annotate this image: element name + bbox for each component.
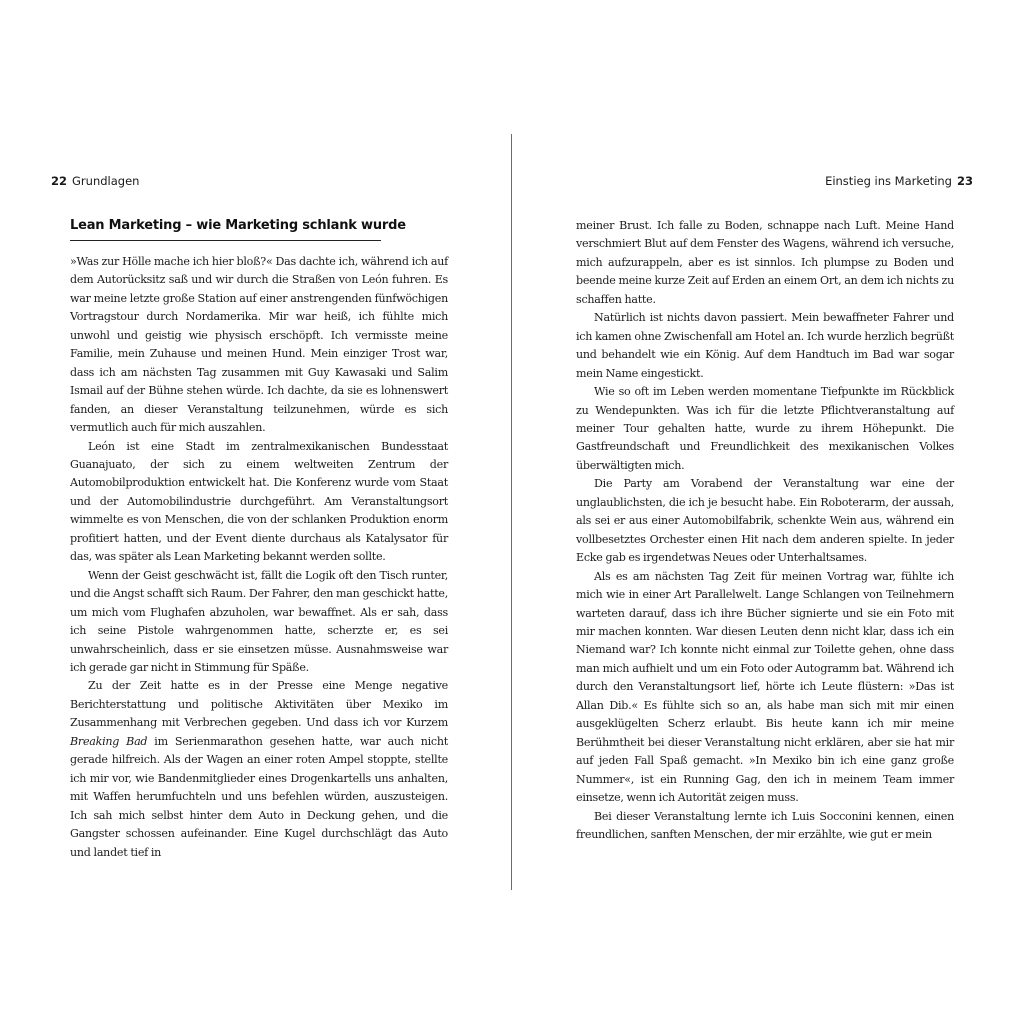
heading-underline-rule [70, 240, 381, 241]
paragraph: Als es am nächsten Tag Zeit für meinen V… [576, 568, 954, 808]
paragraph-text: Zu der Zeit hatte es in der Presse eine … [70, 679, 448, 729]
right-page-number: 23 [957, 174, 973, 188]
paragraph-text: im Serienmarathon gesehen hatte, war auc… [70, 735, 448, 859]
left-running-head-title: Grundlagen [72, 174, 139, 188]
paragraph: Natürlich ist nichts davon passiert. Mei… [576, 309, 954, 383]
paragraph: »Was zur Hölle mache ich hier bloß?« Das… [70, 253, 448, 438]
left-page-number: 22 [51, 174, 67, 188]
page-gutter-divider [511, 134, 512, 890]
paragraph: León ist eine Stadt im zentralmexikanisc… [70, 438, 448, 567]
paragraph: Bei dieser Veranstaltung lernte ich Luis… [576, 808, 954, 845]
paragraph: Zu der Zeit hatte es in der Presse eine … [70, 677, 448, 862]
left-running-head: 22Grundlagen [51, 174, 139, 188]
right-running-head-title: Einstieg ins Marketing [825, 174, 952, 188]
right-page-body: meiner Brust. Ich falle zu Boden, schnap… [576, 217, 954, 844]
paragraph: Wenn der Geist geschwächt ist, fällt die… [70, 567, 448, 678]
italic-title: Breaking Bad [70, 735, 147, 748]
paragraph: Die Party am Vorabend der Veranstaltung … [576, 475, 954, 567]
section-heading: Lean Marketing – wie Marketing schlank w… [70, 218, 381, 233]
left-page-body: »Was zur Hölle mache ich hier bloß?« Das… [70, 253, 448, 862]
paragraph: meiner Brust. Ich falle zu Boden, schnap… [576, 217, 954, 309]
book-spread: 22Grundlagen Lean Marketing – wie Market… [0, 0, 1024, 1024]
right-running-head: Einstieg ins Marketing23 [825, 174, 973, 188]
paragraph: Wie so oft im Leben werden momentane Tie… [576, 383, 954, 475]
